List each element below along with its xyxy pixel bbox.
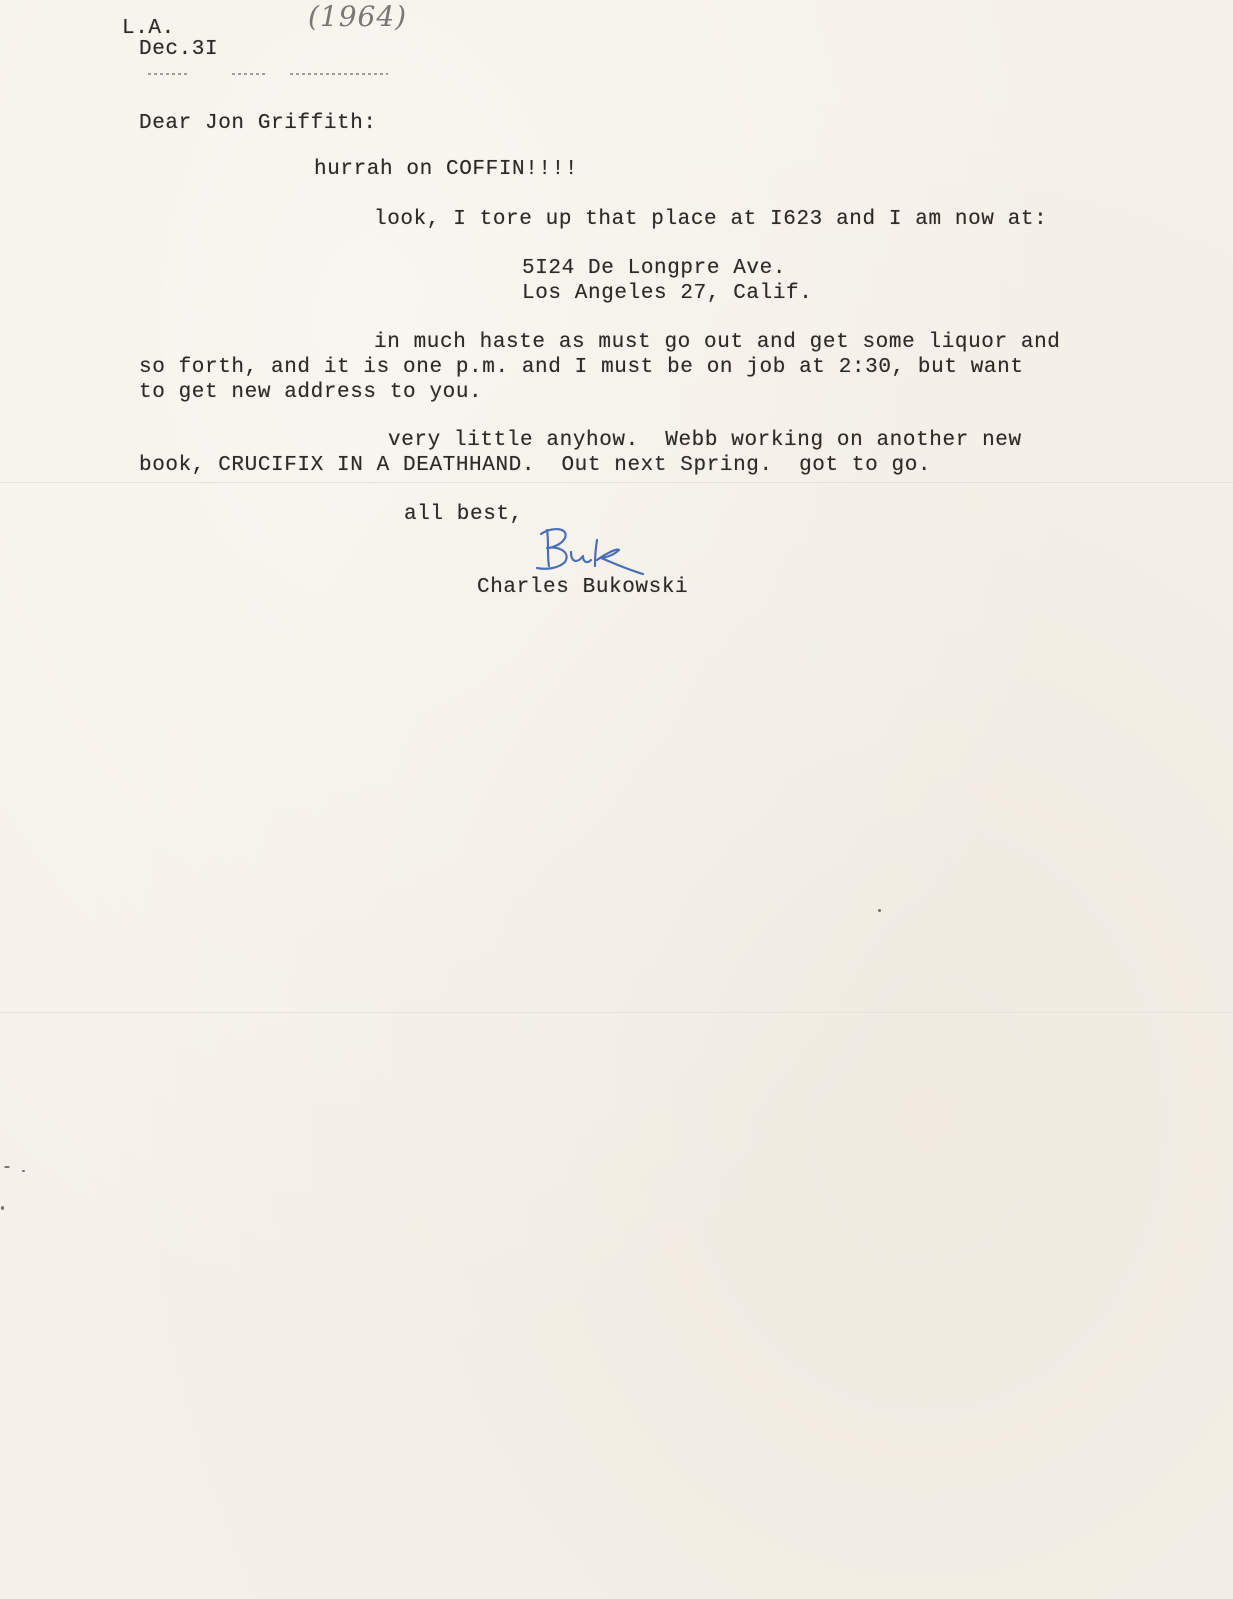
paragraph-5-line-2: book, CRUCIFIX IN A DEATHHAND. Out next … xyxy=(139,453,931,478)
fold-line xyxy=(0,1012,1233,1014)
paragraph-5-line-1: very little anyhow. Webb working on anot… xyxy=(388,428,1022,453)
paragraph-2-line-1: look, I tore up that place at I623 and I… xyxy=(374,207,1047,232)
address-line-2: Los Angeles 27, Calif. xyxy=(522,281,812,306)
struck-out-text xyxy=(290,73,388,75)
handwritten-signature-icon xyxy=(535,522,655,582)
annotation-year: (1964) xyxy=(308,0,407,33)
paper-speck xyxy=(1,1206,4,1210)
closing: all best, xyxy=(404,502,523,527)
fold-line xyxy=(0,482,1233,484)
paper-speck xyxy=(22,1170,25,1172)
salutation: Dear Jon Griffith: xyxy=(139,111,377,136)
paper-speck xyxy=(4,1166,10,1168)
paragraph-4-line-3: to get new address to you. xyxy=(139,380,482,405)
letter-date: Dec.3I xyxy=(139,37,218,62)
paragraph-4-line-1: in much haste as must go out and get som… xyxy=(374,330,1061,355)
paper-background xyxy=(0,0,1233,1599)
address-line-1: 5I24 De Longpre Ave. xyxy=(522,256,786,281)
struck-out-text xyxy=(148,73,190,75)
paragraph-1-line-1: hurrah on COFFIN!!!! xyxy=(314,157,578,182)
typed-signature: Charles Bukowski xyxy=(477,575,688,600)
paper-speck xyxy=(878,909,881,912)
struck-out-text xyxy=(232,73,266,75)
paragraph-4-line-2: so forth, and it is one p.m. and I must … xyxy=(139,355,1024,380)
